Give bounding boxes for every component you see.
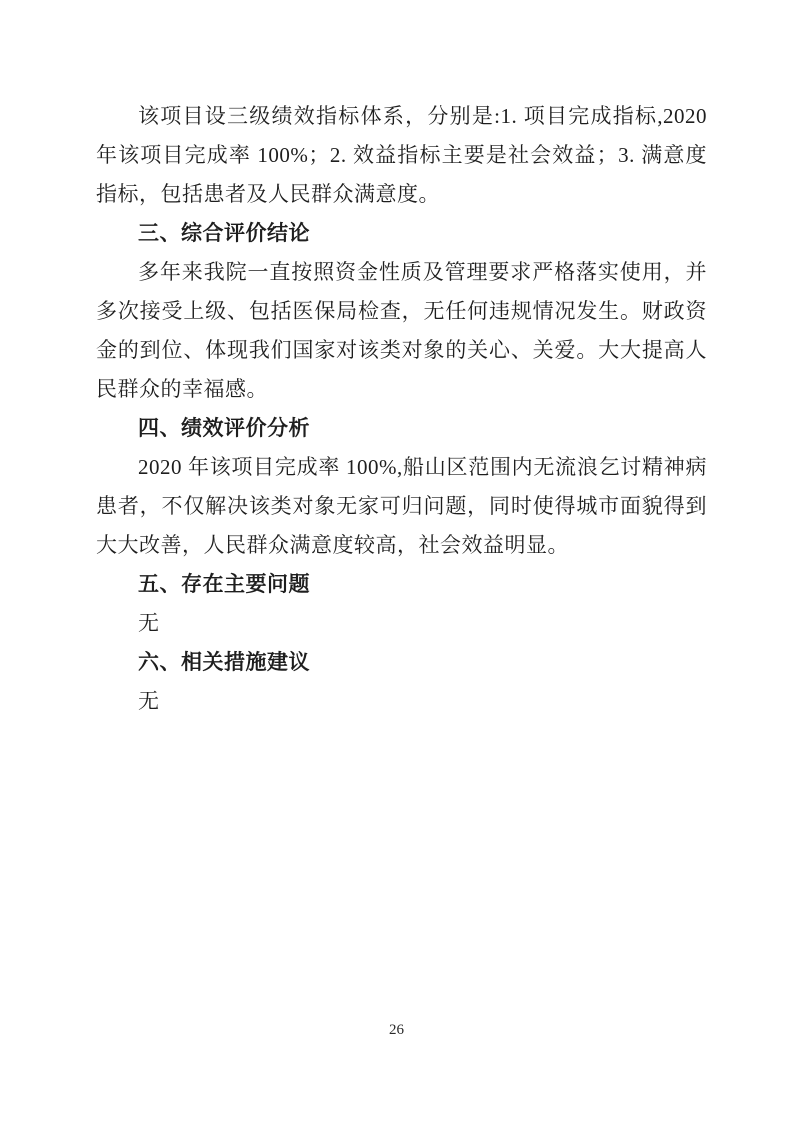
section-heading-performance-analysis: 四、绩效评价分析 [96, 409, 707, 448]
document-page: 该项目设三级绩效指标体系，分别是:1. 项目完成指标,2020 年该项目完成率 … [0, 0, 793, 1122]
section-heading-main-problems: 五、存在主要问题 [96, 565, 707, 604]
section-heading-related-suggestions: 六、相关措施建议 [96, 643, 707, 682]
paragraph-indicator-system: 该项目设三级绩效指标体系，分别是:1. 项目完成指标,2020 年该项目完成率 … [96, 97, 707, 214]
document-content: 该项目设三级绩效指标体系，分别是:1. 项目完成指标,2020 年该项目完成率 … [0, 0, 793, 721]
section-body-performance-analysis: 2020 年该项目完成率 100%,船山区范围内无流浪乞讨精神病患者，不仅解决该… [96, 448, 707, 565]
page-number: 26 [389, 1022, 404, 1038]
section-heading-comprehensive-evaluation: 三、综合评价结论 [96, 214, 707, 253]
section-body-related-suggestions: 无 [96, 682, 707, 721]
section-body-comprehensive-evaluation: 多年来我院一直按照资金性质及管理要求严格落实使用，并多次接受上级、包括医保局检查… [96, 253, 707, 409]
page-footer: 26 [0, 1022, 793, 1039]
section-body-main-problems: 无 [96, 604, 707, 643]
